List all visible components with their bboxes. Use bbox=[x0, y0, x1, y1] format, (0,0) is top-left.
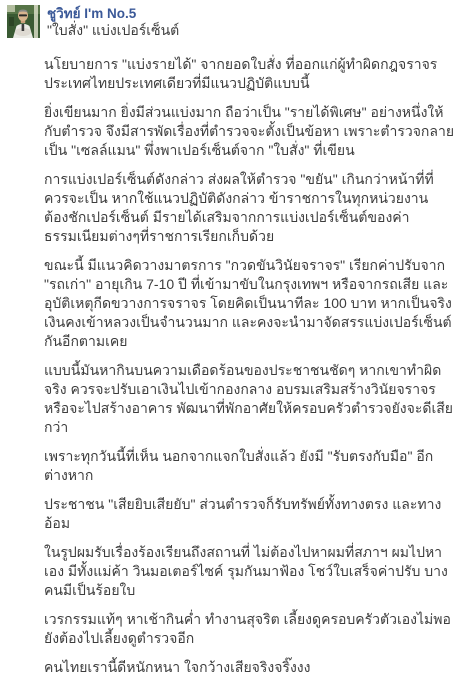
profile-photo-image bbox=[7, 5, 40, 38]
post-paragraph: ในรูปผมรับเรื่องร้องเรียนถึงสถานที่ ไม่ต… bbox=[44, 543, 456, 600]
post-body: นโยบายการ "แบ่งรายได้" จากยอดใบสั่ง ที่อ… bbox=[44, 55, 456, 677]
post-paragraph: แบบนี้มันหากินบนความเดือดร้อนของประชาชนช… bbox=[44, 361, 456, 437]
post-paragraph: ขณะนี้ มีแนวคิดวางมาตรการ "กวดขันวินัยจร… bbox=[44, 256, 456, 351]
facebook-post: ชูวิทย์ I'm No.5 "ใบสั่ง" แบ่งเปอร์เซ็นต… bbox=[0, 0, 466, 687]
post-paragraph: ยิ่งเขียนมาก ยิ่งมีส่วนแบ่งมาก ถือว่าเป็… bbox=[44, 103, 456, 160]
profile-photo[interactable] bbox=[7, 5, 40, 38]
post-paragraph: การแบ่งเปอร์เซ็นต์ดังกล่าว ส่งผลให้ตำรวจ… bbox=[44, 170, 456, 246]
post-title: "ใบสั่ง" แบ่งเปอร์เซ็นต์ bbox=[47, 22, 179, 39]
post-header: ชูวิทย์ I'm No.5 "ใบสั่ง" แบ่งเปอร์เซ็นต… bbox=[0, 0, 466, 39]
author-name-link[interactable]: ชูวิทย์ I'm No.5 bbox=[47, 5, 179, 22]
post-paragraph: เพราะทุกวันนี้ที่เห็น นอกจากแจกใบสั่งแล้… bbox=[44, 447, 456, 485]
post-paragraph: นโยบายการ "แบ่งรายได้" จากยอดใบสั่ง ที่อ… bbox=[44, 55, 456, 93]
header-text: ชูวิทย์ I'm No.5 "ใบสั่ง" แบ่งเปอร์เซ็นต… bbox=[47, 4, 179, 39]
post-paragraph: คนไทยเรานี้ดีหนักหนา ใจกว้างเสียจริงจริ๊… bbox=[44, 658, 456, 677]
post-paragraph: ประชาชน "เสียยิบเสียยับ" ส่วนตำรวจก็รับท… bbox=[44, 495, 456, 533]
post-paragraph: เวรกรรมแท้ๆ หาเช้ากินค่ำ ทำงานสุจริต เลี… bbox=[44, 610, 456, 648]
